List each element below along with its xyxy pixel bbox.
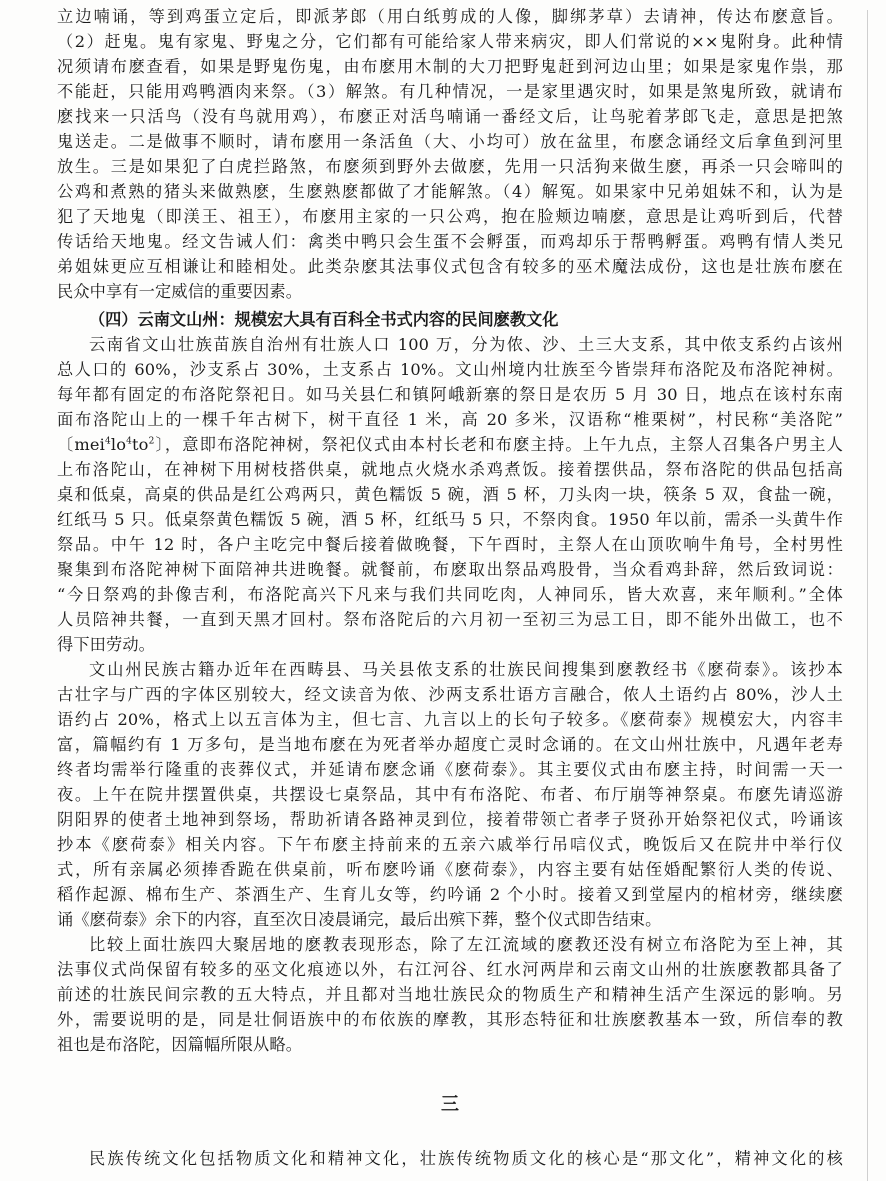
text-line: 弟姐妹更应互相谦让和睦相处。此类杂麽其法事仪式包含有较多的巫术魔法成份，这也是壮… [57, 254, 843, 279]
text-line: 诵《麽荷泰》余下的内容，直至次日凌晨诵完，最后出殡下葬，整个仪式即告结束。 [57, 907, 843, 932]
text-line: 立边喃诵，等到鸡蛋立定后，即派茅郎（用白纸剪成的人像，脚绑茅草）去请神，传达布麽… [57, 4, 843, 29]
section-numeral: 三 [57, 1090, 843, 1116]
text-line: 外，需要说明的是，同是壮侗语族中的布依族的摩教，其形态特征和壮族麽教基本一致，所… [57, 1007, 843, 1032]
paragraph-comparison: 比较上面壮族四大聚居地的麽教表现形态，除了左江流域的麽教还没有树立布洛陀为至上神… [57, 932, 843, 1057]
text-line: 上布洛陀山，在神树下用树枝搭供桌，就地点火烧水杀鸡煮饭。接着摆供品，祭布洛陀的供… [57, 457, 843, 482]
paragraph-final: 民族传统文化包括物质文化和精神文化，壮族传统物质文化的核心是“那文化”，精神文化… [57, 1146, 843, 1171]
text-line: 古壮字与广西的字体区别较大，经文读音为侬、沙两支系壮语方言融合，侬人土语约占 8… [57, 682, 843, 707]
pinyin-annotation: 〔mei4lo4to2〕 [57, 435, 165, 454]
paragraph-mohetai: 文山州民族古籍办近年在西畴县、马关县侬支系的壮族民间搜集到麽教经书《麽荷泰》。该… [57, 657, 843, 932]
document-page: 立边喃诵，等到鸡蛋立定后，即派茅郎（用白纸剪成的人像，脚绑茅草）去请神，传达布麽… [57, 4, 843, 1057]
text-line: 终者均需举行隆重的丧葬仪式，并延请布麽念诵《麽荷泰》。其主要仪式由布麽主持，时间… [57, 757, 843, 782]
paragraph-wenshan: 云南省文山壮族苗族自治州有壮族人口 100 万，分为侬、沙、土三大支系，其中侬支… [57, 332, 843, 657]
section-heading: （四）云南文山州：规模宏大具有百科全书式内容的民间麽教文化 [57, 307, 843, 332]
text-line: 况须请布麽查看，如果是野鬼伤鬼，由布麽用木制的大刀把野鬼赶到河边山里；如果是家鬼… [57, 54, 843, 79]
text-line: 夜。上午在院井摆置供桌，共摆设七桌祭品，其中有布洛陀、布者、布厅崩等神祭桌。布麽… [57, 782, 843, 807]
text-line: 公鸡和煮熟的猪头来做熟麽，生麽熟麽都做了才能解煞。（4）解冤。如果家中兄弟姐妹不… [57, 179, 843, 204]
text-line: 抄本《麽荷泰》相关内容。下午布麽主持前来的五亲六戚举行吊唁仪式，晚饭后又在院井中… [57, 832, 843, 857]
text-line: 得下田劳动。 [57, 632, 843, 657]
page-edge-rule [867, 10, 868, 1181]
text-line: 放生。三是如果犯了白虎拦路煞，布麽须到野外去做麽，先用一只活狗来做生麽，再杀一只… [57, 154, 843, 179]
text-line: 麽找来一只活鸟（没有鸟就用鸡），布麽正对活鸟喃诵一番经文后，让鸟驼着茅郎飞走，意… [57, 104, 843, 129]
text-line: 祖也是布洛陀，因篇幅所限从略。 [57, 1032, 843, 1057]
pinyin-line: 〔mei4lo4to2〕，意即布洛陀神树，祭祀仪式由本村长老和布麽主持。上午九点… [57, 432, 843, 457]
text-line: 民族传统文化包括物质文化和精神文化，壮族传统物质文化的核心是“那文化”，精神文化… [57, 1146, 843, 1171]
text-line: “今日祭鸡的卦像吉利，布洛陀高兴下凡来与我们共同吃肉，人神同乐，皆大欢喜，来年顺… [57, 582, 843, 607]
text-line: 总人口的 60%，沙支系占 30%，土支系占 10%。文山州境内壮族至今皆崇拜布… [57, 357, 843, 382]
text-line: 语约占 20%，格式上以五言体为主，但七言、九言以上的长句子较多。《麽荷泰》规模… [57, 707, 843, 732]
text-line: 每年都有固定的布洛陀祭祀日。如马关县仁和镇阿峨新寨的祭日是农历 5 月 30 日… [57, 382, 843, 407]
text-line: 稻作起源、棉布生产、茶酒生产、生育儿女等，约吟诵 2 个小时。接着又到堂屋内的棺… [57, 882, 843, 907]
text-line: 式，所有亲属必须捧香跪在供桌前，听布麽吟诵《麽荷泰》，内容主要有姑侄婚配繁衍人类… [57, 857, 843, 882]
text-line: 人员陪神共餐，一直到天黑才回村。祭布洛陀后的六月初一至初三为忌工日，即不能外出做… [57, 607, 843, 632]
text-line: 祭品。中午 12 时，各户主吃完中餐后接着做晚餐，下午酉时，主祭人在山顶吹响牛角… [57, 532, 843, 557]
text-line: （2）赶鬼。鬼有家鬼、野鬼之分，它们都有可能给家人带来病灾，即人们常说的××鬼附… [57, 29, 843, 54]
text-line: 富，篇幅约有 1 万多句，是当地布麽在为死者举办超度亡灵时念诵的。在文山州壮族中… [57, 732, 843, 757]
text-line: 比较上面壮族四大聚居地的麽教表现形态，除了左江流域的麽教还没有树立布洛陀为至上神… [57, 932, 843, 957]
text-line: 鬼送走。二是做事不顺时，请布麽用一条活鱼（大、小均可）放在盆里，布麽念诵经文后拿… [57, 129, 843, 154]
text-line: 文山州民族古籍办近年在西畴县、马关县侬支系的壮族民间搜集到麽教经书《麽荷泰》。该… [57, 657, 843, 682]
text-line: 犯了天地鬼（即渼王、祖王），布麽用主家的一只公鸡，抱在脸颊边喃麽，意思是让鸡听到… [57, 204, 843, 229]
paragraph-continued: 立边喃诵，等到鸡蛋立定后，即派茅郎（用白纸剪成的人像，脚绑茅草）去请神，传达布麽… [57, 4, 843, 304]
text-line: 传话给天地鬼。经文告诫人们：禽类中鸭只会生蛋不会孵蛋，而鸡却乐于帮鸭孵蛋。鸡鸭有… [57, 229, 843, 254]
text-line: 不能赶，只能用鸡鸭酒肉来祭。（3）解煞。有几种情况，一是家里遇灾时，如果是煞鬼所… [57, 79, 843, 104]
text-line: 法事仪式尚保留有较多的巫文化痕迹以外，右江河谷、红水河两岸和云南文山州的壮族麽教… [57, 957, 843, 982]
text-line: 聚集到布洛陀神树下面陪神共进晚餐。就餐前，布麽取出祭品鸡股骨，当众看鸡卦辞，然后… [57, 557, 843, 582]
text-line: 阴阳界的使者土地神到祭场，帮助祈请各路神灵到位，接着带领亡者孝子贤孙开始祭祀仪式… [57, 807, 843, 832]
text-line: 红纸马 5 只。低桌祭黄色糯饭 5 碗，酒 5 杯，红纸马 5 只，不祭肉食。1… [57, 507, 843, 532]
text-line: 前述的壮族民间宗教的五大特点，并且都对当地壮族民众的物质生产和精神生活产生深远的… [57, 982, 843, 1007]
text-line: 桌和低桌，高桌的供品是红公鸡两只，黄色糯饭 5 碗，酒 5 杯，刀头肉一块，筷条… [57, 482, 843, 507]
text-line: 民众中享有一定威信的重要因素。 [57, 279, 843, 304]
text-line: 云南省文山壮族苗族自治州有壮族人口 100 万，分为侬、沙、土三大支系，其中侬支… [57, 332, 843, 357]
text-line: 面布洛陀山上的一棵千年古树下，树干直径 1 米，高 20 多米，汉语称“椎栗树”… [57, 407, 843, 432]
